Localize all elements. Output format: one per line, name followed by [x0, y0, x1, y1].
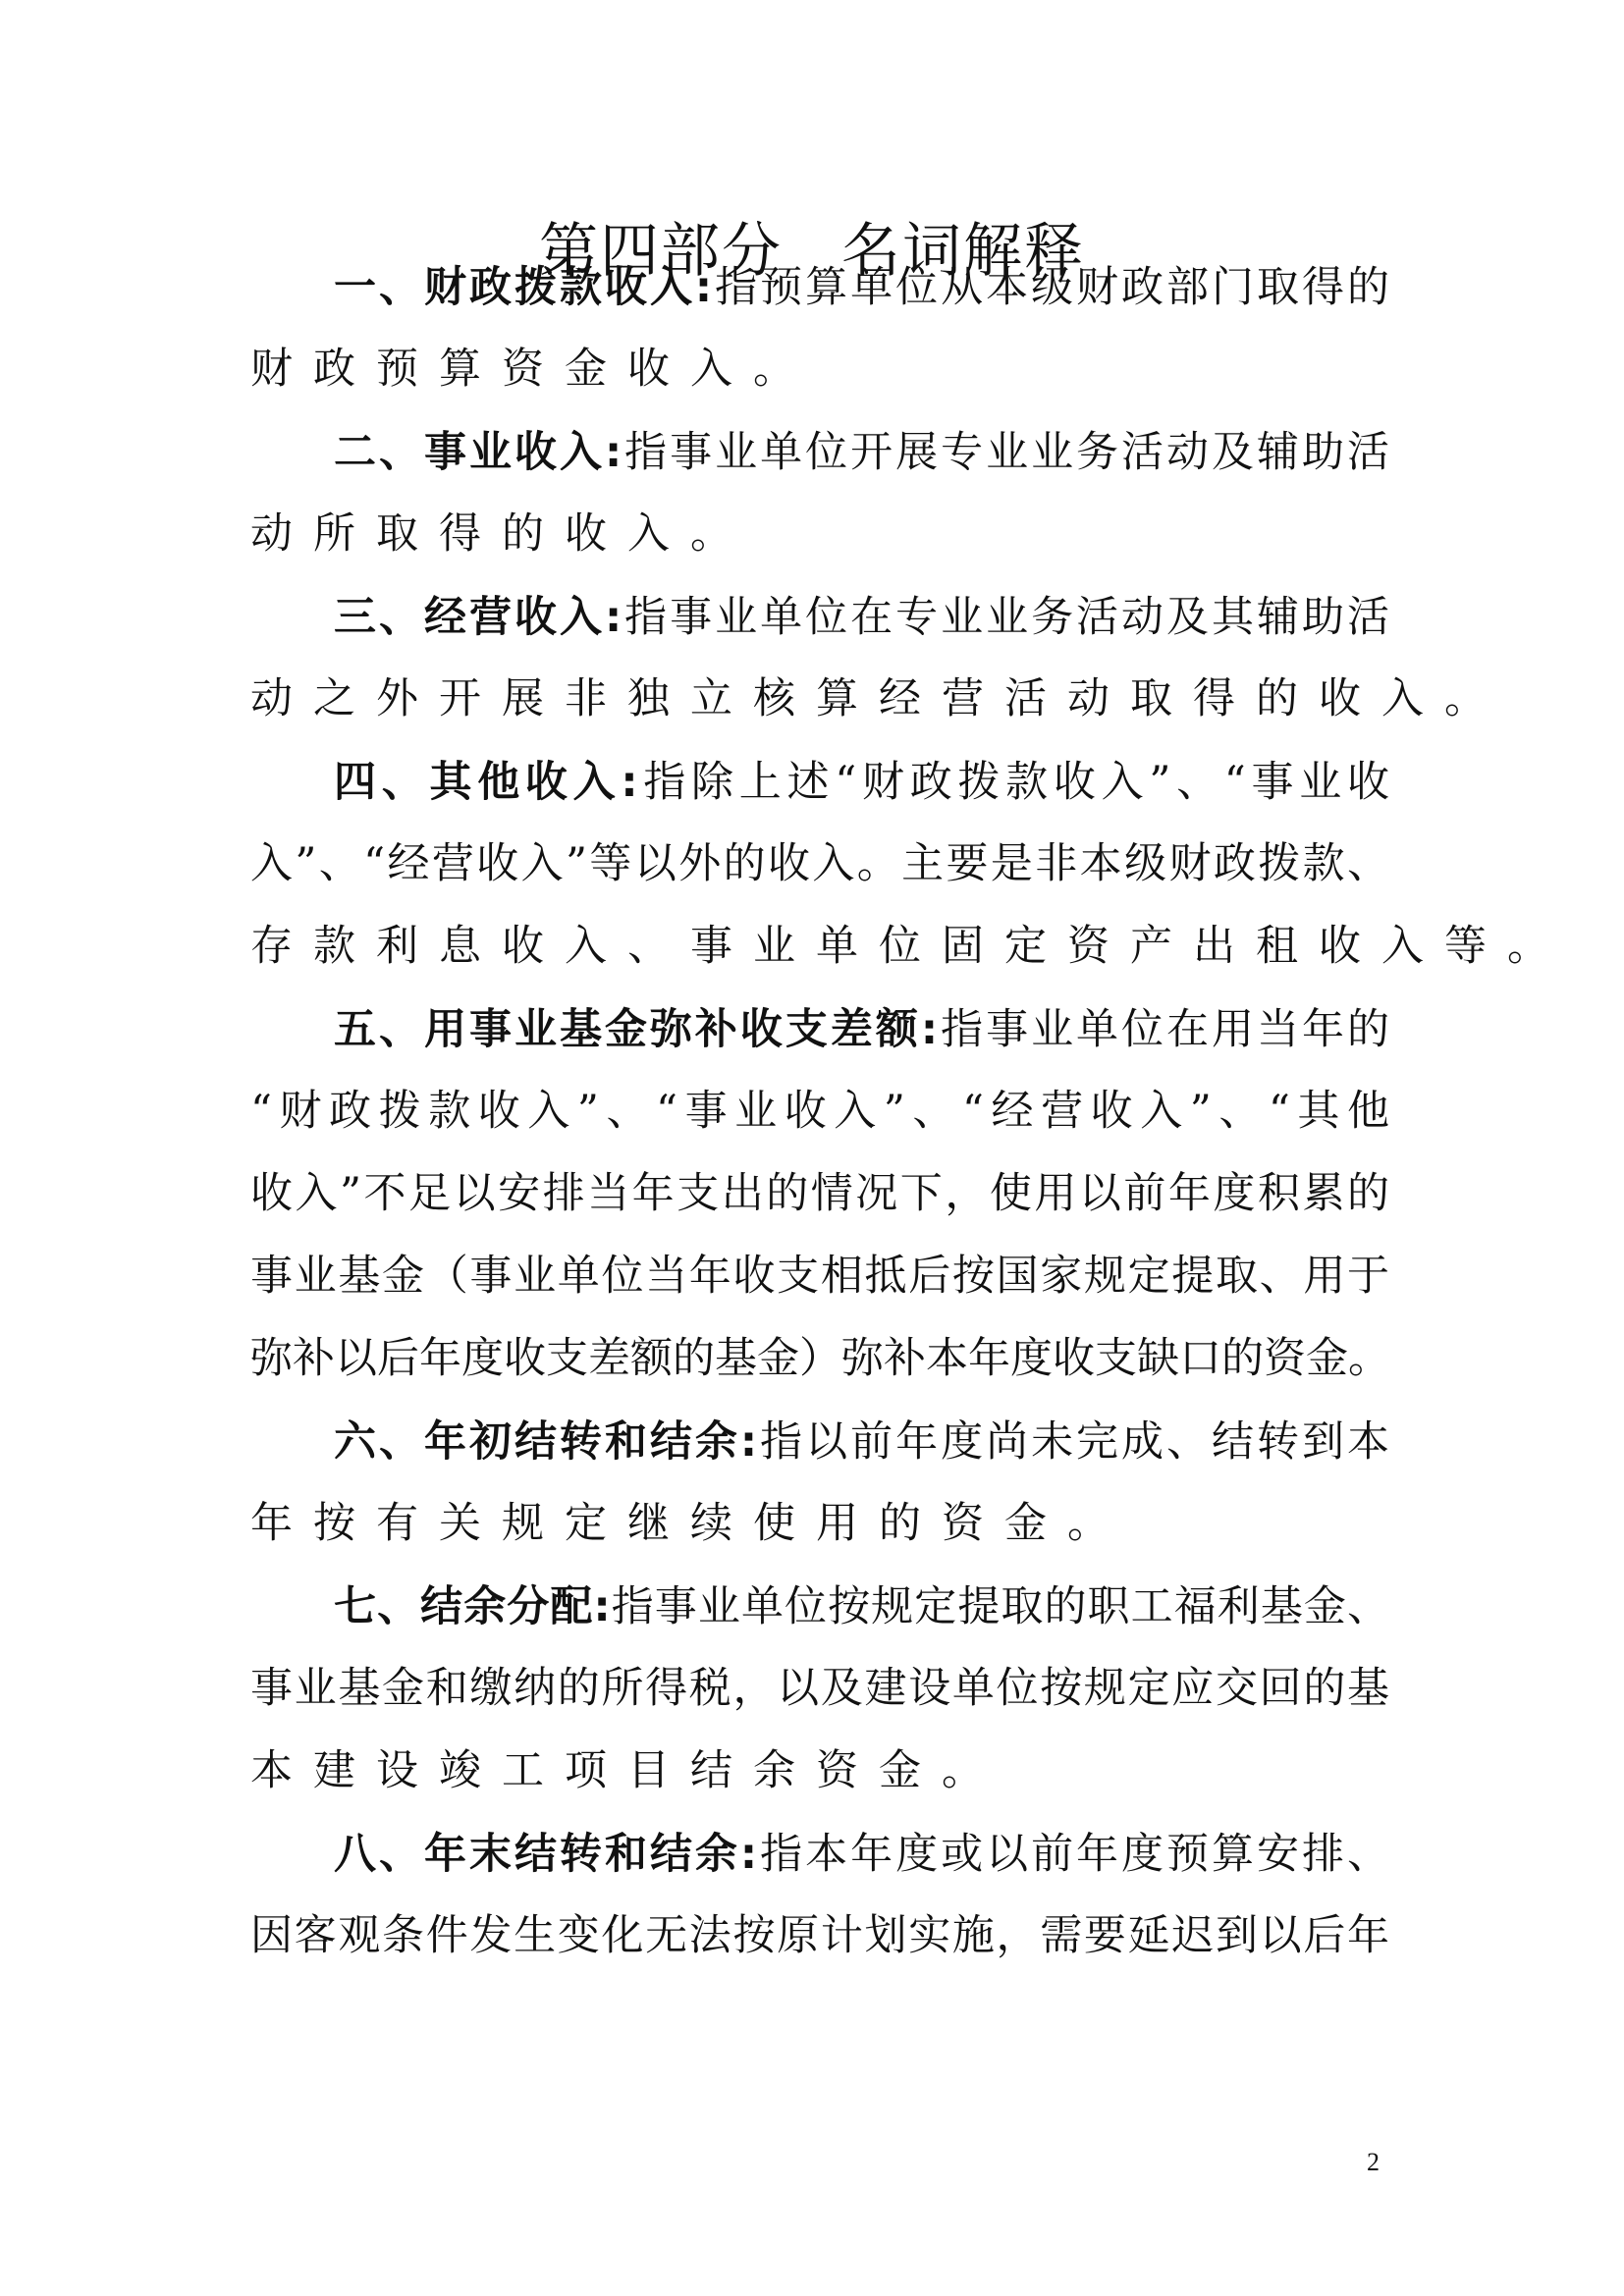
entry-text: 指事业单位按规定提取的职工福利基金、: [611, 1582, 1389, 1631]
entry-term: 七、结余分配:: [334, 1582, 611, 1631]
entry-term: 二、事业收入:: [334, 428, 622, 477]
entry-text: 指除上述“财政拨款收入”、“事业收: [638, 758, 1389, 807]
entry-6-line-1: 六、年初结转和结余:指以前年度尚未完成、结转到本: [334, 1413, 1389, 1471]
entry-8-line-1: 八、年末结转和结余:指本年度或以前年度预算安排、: [334, 1825, 1389, 1884]
page-number: 2: [1367, 2148, 1380, 2177]
entry-3-line-2: 动之外开展非独立核算经营活动取得的收入。: [250, 669, 1389, 728]
entry-4-line-1: 四、其他收入:指除上述“财政拨款收入”、“事业收: [334, 753, 1389, 812]
entry-text: 指事业单位开展专业业务活动及辅助活: [622, 428, 1389, 477]
entry-4-line-3: 存款利息收入、事业单位固定资产出租收入等。: [250, 917, 1389, 976]
entry-text: 指本年度或以前年度预算安排、: [757, 1830, 1389, 1879]
entry-text: 指预算单位从本级财政部门取得的: [712, 263, 1389, 312]
entry-2-line-1: 二、事业收入:指事业单位开展专业业务活动及辅助活: [334, 423, 1389, 482]
entry-7-line-2: 事业基金和缴纳的所得税，以及建设单位按规定应交回的基: [250, 1659, 1389, 1718]
entry-term: 八、年末结转和结余:: [334, 1830, 757, 1879]
entry-term: 五、用事业基金弥补收支差额:: [334, 1005, 938, 1054]
entry-5-line-5: 弥补以后年度收支差额的基金）弥补本年度收支缺口的资金。: [250, 1329, 1389, 1388]
entry-term: 六、年初结转和结余:: [334, 1417, 757, 1467]
entry-text: 指事业单位在专业业务活动及其辅助活: [622, 593, 1389, 642]
entry-3-line-1: 三、经营收入:指事业单位在专业业务活动及其辅助活: [334, 588, 1389, 647]
entry-7-line-1: 七、结余分配:指事业单位按规定提取的职工福利基金、: [334, 1577, 1389, 1636]
entry-1-line-2: 财政预算资金收入。: [250, 340, 1389, 399]
entry-5-line-4: 事业基金（事业单位当年收支相抵后按国家规定提取、用于: [250, 1247, 1389, 1306]
entry-8-line-2: 因客观条件发生变化无法按原计划实施，需要延迟到以后年: [250, 1906, 1389, 1965]
entry-5-line-2: “财政拨款收入”、“事业收入”、“经营收入”、“其他: [250, 1082, 1389, 1141]
entry-term: 四、其他收入:: [334, 758, 638, 807]
entry-5-line-1: 五、用事业基金弥补收支差额:指事业单位在用当年的: [334, 1000, 1389, 1059]
entry-1-line-1: 一、财政拨款收入:指预算单位从本级财政部门取得的: [334, 258, 1389, 317]
entry-term: 三、经营收入:: [334, 593, 622, 642]
entry-text: 指以前年度尚未完成、结转到本: [757, 1417, 1389, 1467]
entry-7-line-3: 本建设竣工项目结余资金。: [250, 1741, 1389, 1800]
entry-5-line-3: 收入”不足以安排当年支出的情况下，使用以前年度积累的: [250, 1164, 1389, 1223]
entry-term: 一、财政拨款收入:: [334, 263, 712, 312]
entry-4-line-2: 入”、“经营收入”等以外的收入。主要是非本级财政拨款、: [250, 834, 1389, 893]
entry-6-line-2: 年按有关规定继续使用的资金。: [250, 1494, 1389, 1553]
entry-text: 指事业单位在用当年的: [938, 1005, 1389, 1054]
entry-2-line-2: 动所取得的收入。: [250, 505, 1389, 563]
